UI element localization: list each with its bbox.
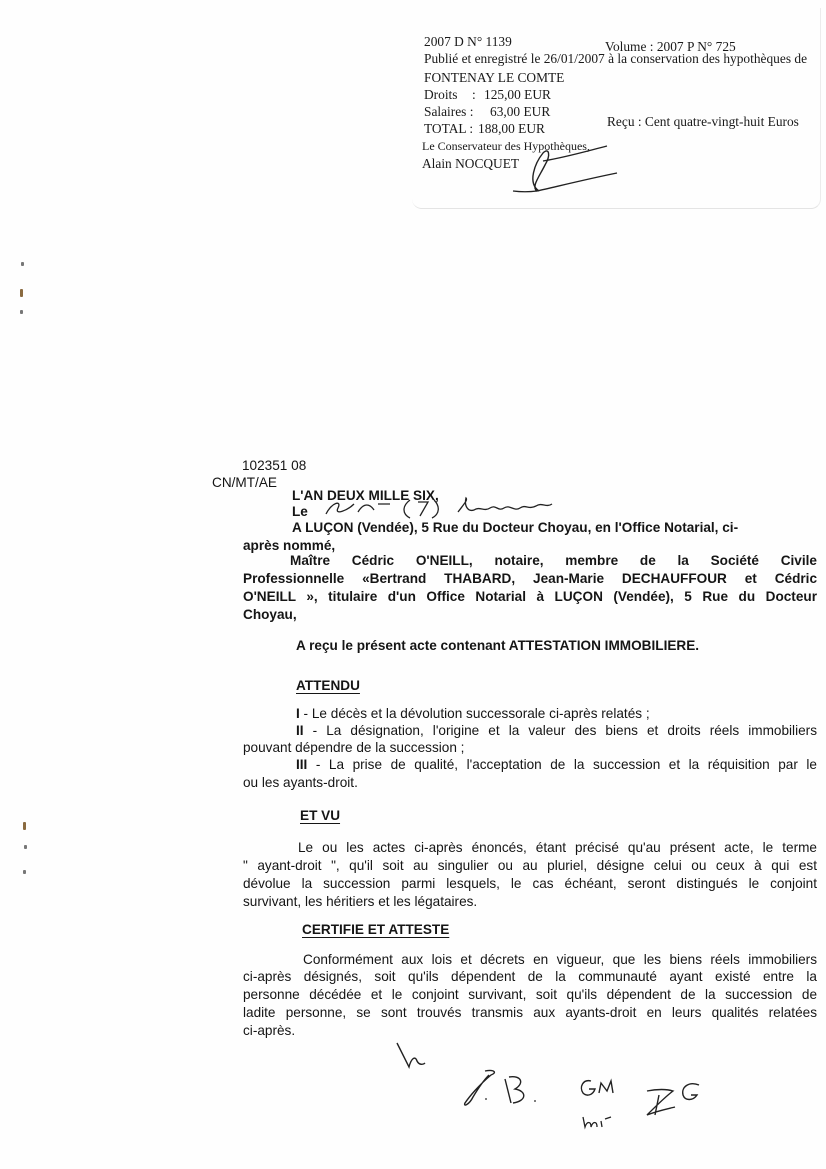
margin-speck (24, 845, 27, 849)
stamp-office: FONTENAY LE COMTE (424, 70, 564, 86)
attendu-item-2: II - La désignation, l'origine et la val… (296, 723, 817, 738)
et-vu-line-1: Le ou les actes ci-après énoncés, étant … (298, 840, 817, 855)
notary-line-4: Choyau, (243, 607, 297, 622)
section-heading-et-vu: ET VU (300, 808, 340, 823)
et-vu-line-2: " ayant-droit ", qu'il soit au singulier… (243, 858, 817, 873)
stamp-total-value: 188,00 EUR (478, 121, 545, 137)
certifie-line-3: personne décédée et le conjoint survivan… (243, 987, 817, 1002)
document-page: 2007 D N° 1139 Volume : 2007 P N° 725 Pu… (0, 0, 826, 1169)
section-heading-certifie: CERTIFIE ET ATTESTE (302, 922, 449, 937)
stamp-total-label: TOTAL : (424, 121, 473, 137)
notary-line-1: Maître Cédric O'NEILL, notaire, membre d… (290, 553, 817, 568)
margin-speck (23, 822, 26, 830)
margin-speck (20, 289, 23, 297)
stamp-salaires-value: 63,00 EUR (490, 104, 550, 120)
attendu-item-3-cont: ou les ayants-droit. (243, 775, 358, 790)
stamp-received: Reçu : Cent quatre-vingt-huit Euros (607, 114, 799, 130)
attendu-item-3: III - La prise de qualité, l'acceptation… (296, 757, 817, 772)
registration-stamp: 2007 D N° 1139 Volume : 2007 P N° 725 Pu… (412, 8, 821, 209)
stamp-droits-label: Droits (424, 87, 457, 103)
et-vu-line-3: dévolue la succession parmi lesquels, le… (243, 876, 817, 891)
certifie-line-4: ladite personne, se sont trouvés transmi… (243, 1005, 817, 1020)
attendu-item-2-cont: pouvant dépendre de la succession ; (243, 740, 464, 755)
conservator-signature (507, 143, 657, 203)
section-heading-attendu: ATTENDU (296, 678, 360, 693)
file-initials: CN/MT/AE (212, 475, 277, 490)
act-statement: A reçu le présent acte contenant ATTESTA… (296, 638, 699, 653)
attendu-item-1: I - Le décès et la dévolution successora… (296, 706, 650, 721)
stamp-salaires-label: Salaires : (424, 104, 473, 120)
et-vu-line-4: survivant, les héritiers et les légatair… (243, 894, 477, 909)
date-prefix: Le (292, 504, 308, 519)
stamp-published: Publié et enregistré le 26/01/2007 à la … (424, 51, 807, 67)
place-line-2: après nommé, (243, 538, 335, 553)
certifie-line-5: ci-après. (243, 1023, 295, 1038)
margin-speck (20, 310, 23, 314)
handwritten-initials (385, 1035, 715, 1150)
stamp-droits-value: 125,00 EUR (484, 87, 551, 103)
margin-speck (21, 262, 24, 266)
certifie-line-1: Conformément aux lois et décrets en vigu… (303, 952, 817, 967)
margin-speck (23, 870, 26, 874)
place-line-1: A LUÇON (Vendée), 5 Rue du Docteur Choya… (292, 520, 738, 535)
file-number: 102351 08 (242, 458, 306, 473)
stamp-conservator-name: Alain NOCQUET (422, 156, 519, 172)
notary-line-3: O'NEILL », titulaire d'un Office Notaria… (243, 589, 817, 604)
certifie-line-2: ci-après désignés, soit qu'ils dépendent… (243, 969, 817, 984)
stamp-reference: 2007 D N° 1139 (424, 34, 512, 50)
notary-line-2: Professionnelle «Bertrand THABARD, Jean-… (243, 571, 817, 586)
